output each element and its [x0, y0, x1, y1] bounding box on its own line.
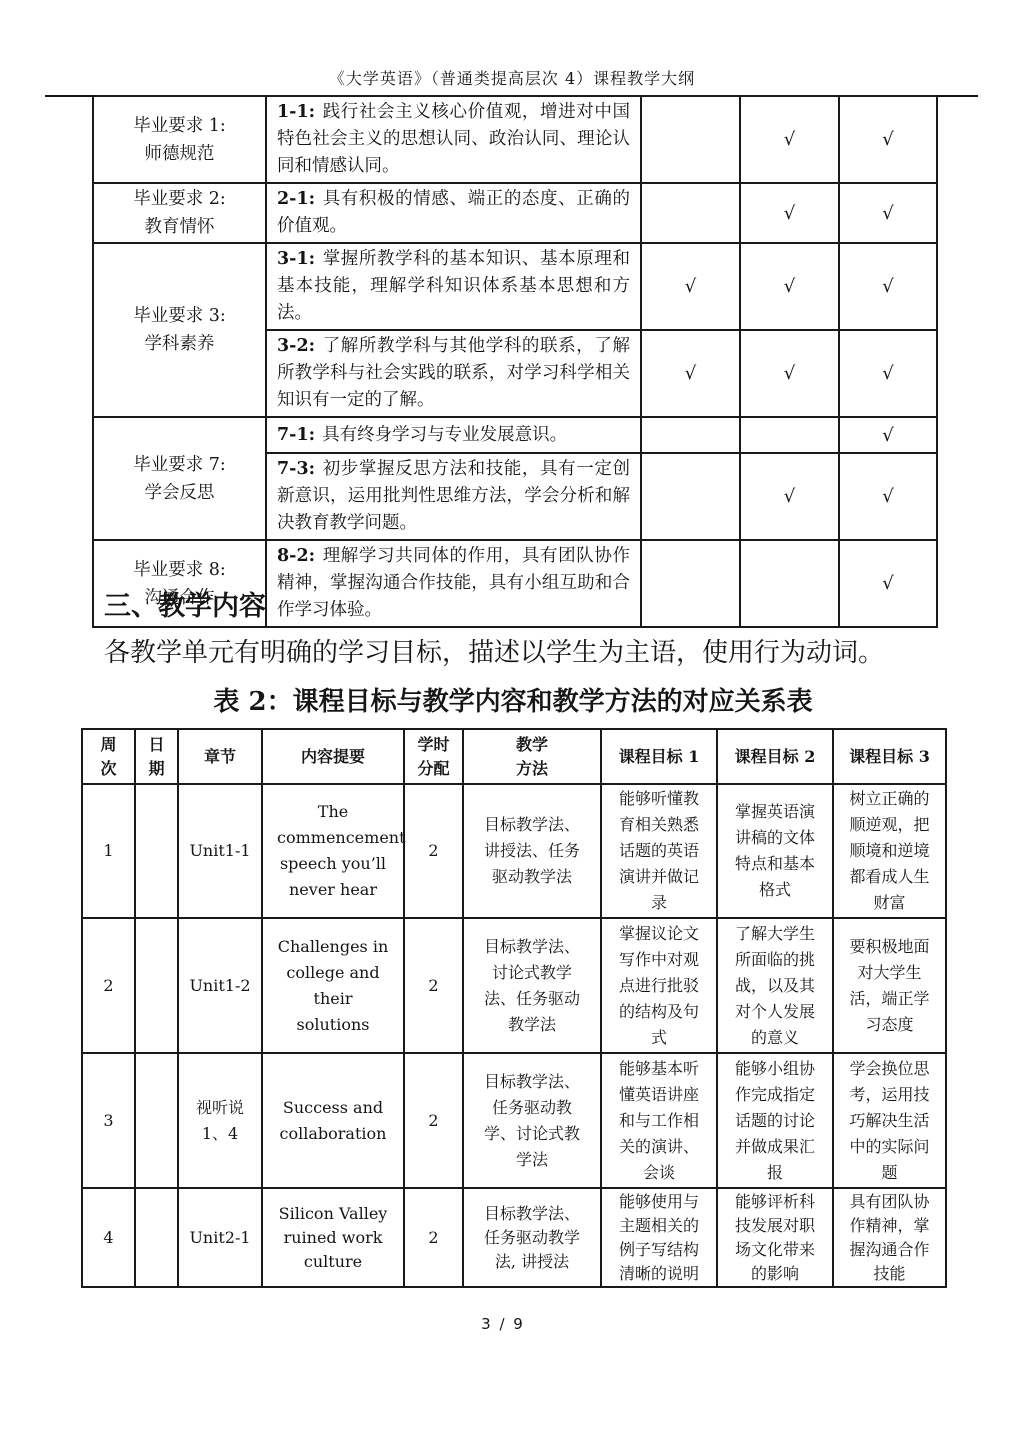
- header-summary: 内容提要: [262, 729, 404, 784]
- week-cell: 1: [82, 784, 135, 918]
- table-row: 毕业要求 7: 学会反思 7-1:具有终身学习与专业发展意识。 √: [93, 417, 937, 453]
- graduation-requirements-table: 毕业要求 1: 师德规范 1-1:践行社会主义核心价值观，增进对中国特色社会主义…: [92, 95, 938, 628]
- week-cell: 4: [82, 1188, 135, 1287]
- check-cell-goal1: √: [641, 243, 740, 330]
- requirement-label-line2: 学会反思: [98, 479, 261, 507]
- requirement-label-cell: 毕业要求 1: 师德规范: [93, 96, 266, 183]
- goal1-cell: 掌握议论文写作中对观点进行批驳的结构及句式: [601, 918, 717, 1053]
- document-page: { "page": { "header_title": "《大学英语》（普通类提…: [0, 0, 1024, 1447]
- indicator-desc-cell: 1-1:践行社会主义核心价值观，增进对中国特色社会主义的思想认同、政治认同、理论…: [266, 96, 641, 183]
- requirement-label-cell: 毕业要求 7: 学会反思: [93, 417, 266, 540]
- check-cell-goal2: √: [740, 330, 839, 417]
- table-row: 2 Unit1-2 Challenges in college and thei…: [82, 918, 946, 1053]
- table-row: 1 Unit1-1 The commencement speech you’ll…: [82, 784, 946, 918]
- requirement-label-line1: 毕业要求 8:: [98, 556, 261, 584]
- indicator-desc-cell: 8-2:理解学习共同体的作用，具有团队协作精神，掌握沟通合作技能，具有小组互助和…: [266, 540, 641, 627]
- table2-title: 表 2：课程目标与教学内容和教学方法的对应关系表: [81, 681, 945, 718]
- check-cell-goal2: √: [740, 453, 839, 540]
- indicator-code: 8-2:: [277, 546, 315, 566]
- goal1-cell: 能够基本听懂英语讲座和与工作相关的演讲、会谈: [601, 1053, 717, 1188]
- hours-cell: 2: [404, 1188, 463, 1287]
- summary-cell: Silicon Valley ruined work culture: [262, 1188, 404, 1287]
- chapter-cell: 视听说 1、4: [178, 1053, 262, 1188]
- check-cell-goal1: [641, 96, 740, 183]
- goal1-cell: 能够听懂教育相关熟悉话题的英语演讲并做记录: [601, 784, 717, 918]
- indicator-code: 2-1:: [277, 189, 315, 209]
- summary-cell: Challenges in college and their solution…: [262, 918, 404, 1053]
- indicator-text: 具有积极的情感、端正的态度、正确的价值观。: [277, 189, 630, 236]
- check-cell-goal1: [641, 540, 740, 627]
- header-chapter: 章节: [178, 729, 262, 784]
- requirement-label-line2: 教育情怀: [98, 213, 261, 241]
- indicator-text: 理解学习共同体的作用，具有团队协作精神，掌握沟通合作技能，具有小组互助和合作学习…: [277, 546, 630, 620]
- date-cell: [135, 1188, 178, 1287]
- check-cell-goal3: √: [839, 417, 937, 453]
- check-cell-goal2: √: [740, 243, 839, 330]
- requirement-label-line1: 毕业要求 3:: [98, 302, 261, 330]
- check-cell-goal2: √: [740, 183, 839, 243]
- hours-cell: 2: [404, 918, 463, 1053]
- method-cell: 目标教学法、任务驱动教学法, 讲授法: [463, 1188, 601, 1287]
- requirement-label-line1: 毕业要求 7:: [98, 451, 261, 479]
- requirement-label-line1: 毕业要求 1:: [98, 112, 261, 140]
- check-cell-goal1: √: [641, 330, 740, 417]
- check-cell-goal2: [740, 540, 839, 627]
- date-cell: [135, 918, 178, 1053]
- indicator-desc-cell: 2-1:具有积极的情感、端正的态度、正确的价值观。: [266, 183, 641, 243]
- goal2-cell: 能够评析科技发展对职场文化带来的影响: [717, 1188, 833, 1287]
- indicator-desc-cell: 3-2:了解所教学科与其他学科的联系，了解所教学科与社会实践的联系，对学习科学相…: [266, 330, 641, 417]
- indicator-code: 3-2:: [277, 336, 315, 356]
- page-number: 3 / 9: [0, 1315, 1006, 1333]
- header-goal2: 课程目标 2: [717, 729, 833, 784]
- indicator-desc-cell: 7-3:初步掌握反思方法和技能，具有一定创新意识，运用批判性思维方法，学会分析和…: [266, 453, 641, 540]
- header-goal1: 课程目标 1: [601, 729, 717, 784]
- indicator-code: 3-1:: [277, 249, 315, 269]
- indicator-code: 7-1:: [277, 425, 315, 445]
- indicator-desc-cell: 3-1:掌握所教学科的基本知识、基本原理和基本技能，理解学科知识体系基本思想和方…: [266, 243, 641, 330]
- requirement-label-line1: 毕业要求 2:: [98, 185, 261, 213]
- table-row: 毕业要求 1: 师德规范 1-1:践行社会主义核心价值观，增进对中国特色社会主义…: [93, 96, 937, 183]
- header-week: 周 次: [82, 729, 135, 784]
- table-row: 3 视听说 1、4 Success and collaboration 2 目标…: [82, 1053, 946, 1188]
- hours-cell: 2: [404, 1053, 463, 1188]
- check-cell-goal3: √: [839, 330, 937, 417]
- check-cell-goal3: √: [839, 453, 937, 540]
- week-cell: 3: [82, 1053, 135, 1188]
- method-cell: 目标教学法、任务驱动教学、讨论式教学法: [463, 1053, 601, 1188]
- indicator-code: 1-1:: [277, 102, 315, 122]
- table-row: 毕业要求 2: 教育情怀 2-1:具有积极的情感、端正的态度、正确的价值观。 √…: [93, 183, 937, 243]
- week-cell: 2: [82, 918, 135, 1053]
- method-cell: 目标教学法、讲授法、任务驱动教学法: [463, 784, 601, 918]
- table-header-row: 周 次 日 期 章节 内容提要 学时 分配 教学 方法 课程目标 1 课程目标 …: [82, 729, 946, 784]
- indicator-text: 初步掌握反思方法和技能，具有一定创新意识，运用批判性思维方法，学会分析和解决教育…: [277, 459, 630, 533]
- date-cell: [135, 784, 178, 918]
- indicator-text: 掌握所教学科的基本知识、基本原理和基本技能，理解学科知识体系基本思想和方法。: [277, 249, 630, 323]
- section-heading: 三、教学内容: [104, 584, 266, 623]
- check-cell-goal3: √: [839, 540, 937, 627]
- indicator-text: 了解所教学科与其他学科的联系，了解所教学科与社会实践的联系，对学习科学相关知识有…: [277, 336, 630, 410]
- check-cell-goal3: √: [839, 96, 937, 183]
- check-cell-goal1: [641, 417, 740, 453]
- requirement-label-line2: 师德规范: [98, 140, 261, 168]
- chapter-cell: Unit1-2: [178, 918, 262, 1053]
- date-cell: [135, 1053, 178, 1188]
- header-hours: 学时 分配: [404, 729, 463, 784]
- summary-cell: Success and collaboration: [262, 1053, 404, 1188]
- check-cell-goal3: √: [839, 243, 937, 330]
- indicator-code: 7-3:: [277, 459, 315, 479]
- chapter-cell: Unit1-1: [178, 784, 262, 918]
- goal2-cell: 了解大学生所面临的挑战，以及其对个人发展的意义: [717, 918, 833, 1053]
- check-cell-goal2: √: [740, 96, 839, 183]
- goal2-cell: 掌握英语演讲稿的文体特点和基本格式: [717, 784, 833, 918]
- intro-paragraph: 各教学单元有明确的学习目标，描述以学生为主语，使用行为动词。: [104, 632, 934, 669]
- goal3-cell: 具有团队协作精神，掌握沟通合作技能: [833, 1188, 946, 1287]
- goal1-cell: 能够使用与主题相关的例子写结构清晰的说明: [601, 1188, 717, 1287]
- table-row: 毕业要求 3: 学科素养 3-1:掌握所教学科的基本知识、基本原理和基本技能，理…: [93, 243, 937, 330]
- check-cell-goal1: [641, 183, 740, 243]
- check-cell-goal1: [641, 453, 740, 540]
- course-schedule-table: 周 次 日 期 章节 内容提要 学时 分配 教学 方法 课程目标 1 课程目标 …: [81, 728, 947, 1288]
- goal2-cell: 能够小组协作完成指定话题的讨论并做成果汇报: [717, 1053, 833, 1188]
- check-cell-goal3: √: [839, 183, 937, 243]
- requirement-label-line2: 学科素养: [98, 330, 261, 358]
- goal3-cell: 要积极地面对大学生活，端正学习态度: [833, 918, 946, 1053]
- summary-cell: The commencement speech you’ll never hea…: [262, 784, 404, 918]
- table-row: 4 Unit2-1 Silicon Valley ruined work cul…: [82, 1188, 946, 1287]
- page-header-title: 《大学英语》（普通类提高层次 4）课程教学大纲: [0, 66, 1024, 89]
- header-goal3: 课程目标 3: [833, 729, 946, 784]
- chapter-cell: Unit2-1: [178, 1188, 262, 1287]
- requirement-label-cell: 毕业要求 2: 教育情怀: [93, 183, 266, 243]
- indicator-text: 践行社会主义核心价值观，增进对中国特色社会主义的思想认同、政治认同、理论认同和情…: [277, 102, 630, 176]
- goal3-cell: 树立正确的顺逆观，把顺境和逆境都看成人生财富: [833, 784, 946, 918]
- indicator-desc-cell: 7-1:具有终身学习与专业发展意识。: [266, 417, 641, 453]
- method-cell: 目标教学法、讨论式教学法、任务驱动教学法: [463, 918, 601, 1053]
- hours-cell: 2: [404, 784, 463, 918]
- check-cell-goal2: [740, 417, 839, 453]
- header-method: 教学 方法: [463, 729, 601, 784]
- requirement-label-cell: 毕业要求 3: 学科素养: [93, 243, 266, 417]
- header-date: 日 期: [135, 729, 178, 784]
- goal3-cell: 学会换位思考，运用技巧解决生活中的实际问题: [833, 1053, 946, 1188]
- indicator-text: 具有终身学习与专业发展意识。: [322, 425, 567, 445]
